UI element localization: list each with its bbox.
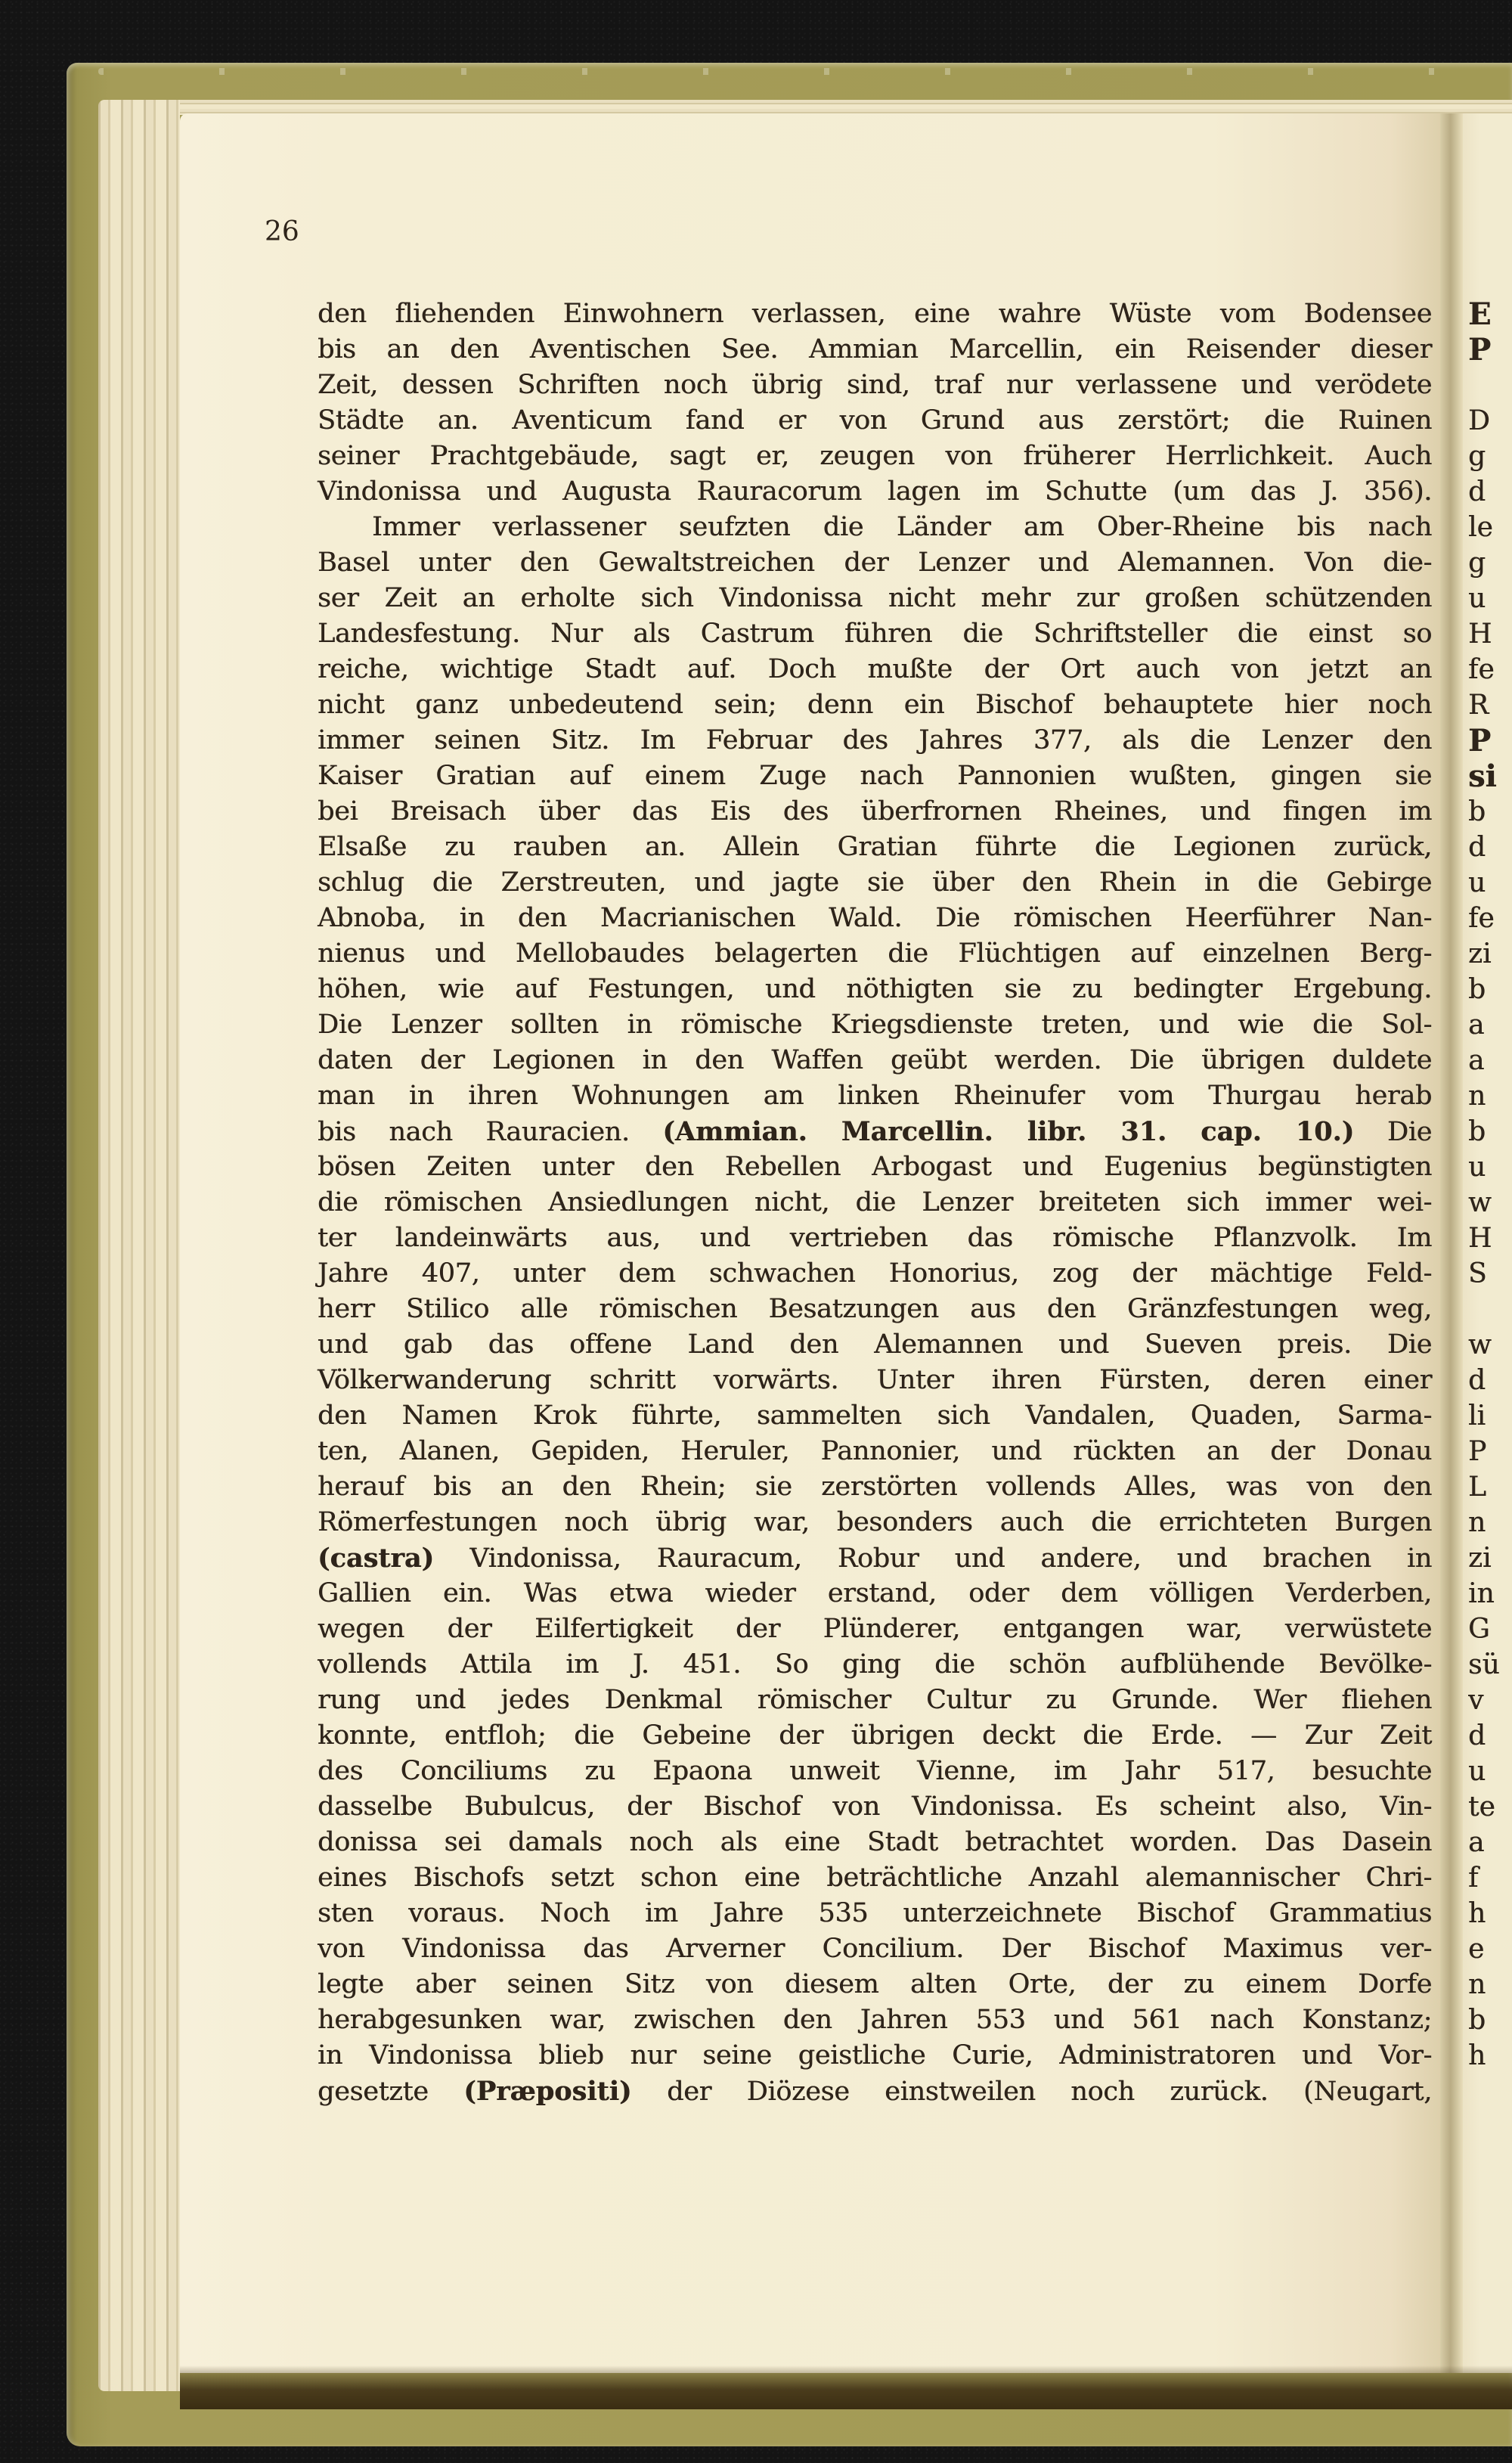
plastic-wrap-glint xyxy=(98,68,1512,75)
fraktur-text: Landesfestung. Nur als Castrum führen di… xyxy=(318,619,1432,649)
text-line: nienus und Mellobaudes belagerten die Fl… xyxy=(318,936,1432,972)
text-line: des Conciliums zu Epaona unweit Vienne, … xyxy=(318,1754,1432,1789)
cutoff-text-fragment: fe xyxy=(1468,652,1512,687)
cutoff-text-fragment: d xyxy=(1468,1718,1512,1754)
fraktur-text: herr Stilico alle römischen Besatzungen … xyxy=(318,1294,1432,1324)
text-line: ter landeinwärts aus, und vertrieben das… xyxy=(318,1221,1432,1256)
text-line: den fliehenden Einwohnern verlassen, ein… xyxy=(318,296,1432,332)
cutoff-text-fragment: in xyxy=(1468,1576,1512,1611)
text-line: die römischen Ansiedlungen nicht, die Le… xyxy=(318,1185,1432,1221)
cutoff-text-fragment: zi xyxy=(1468,1540,1512,1576)
fraktur-text: herauf bis an den Rhein; sie zerstörten … xyxy=(318,1472,1432,1502)
cutoff-text-fragment: P xyxy=(1468,332,1512,368)
fraktur-text: und gab das offene Land den Alemannen un… xyxy=(318,1329,1432,1360)
text-line: höhen, wie auf Festungen, und nöthigten … xyxy=(318,972,1432,1007)
text-line: Landesfestung. Nur als Castrum führen di… xyxy=(318,616,1432,652)
fraktur-text: man in ihren Wohnungen am linken Rheinuf… xyxy=(318,1081,1432,1111)
cutoff-text-fragment: u xyxy=(1468,865,1512,901)
text-line: Elsaße zu rauben an. Allein Gratian führ… xyxy=(318,830,1432,865)
cutoff-text-fragment xyxy=(1468,368,1512,403)
text-line: immer seinen Sitz. Im Februar des Jahres… xyxy=(318,723,1432,758)
fraktur-text: seiner Prachtgebäude, sagt er, zeugen vo… xyxy=(318,441,1432,471)
cutoff-text-fragment: b xyxy=(1468,2002,1512,2038)
text-line: legte aber seinen Sitz von diesem alten … xyxy=(318,1967,1432,2002)
fraktur-text: konnte, entfloh; die Gebeine der übrigen… xyxy=(318,1720,1432,1751)
text-line: und gab das offene Land den Alemannen un… xyxy=(318,1327,1432,1363)
fraktur-text: dasselbe Bubulcus, der Bischof von Vindo… xyxy=(318,1791,1432,1822)
page-stack-top-edge xyxy=(180,100,1512,115)
fraktur-text: Gallien ein. Was etwa wieder erstand, od… xyxy=(318,1578,1432,1608)
fraktur-text: Basel unter den Gewaltstreichen der Lenz… xyxy=(318,548,1432,578)
text-line: ten, Alanen, Gepiden, Heruler, Pannonier… xyxy=(318,1434,1432,1469)
fraktur-text: bösen Zeiten unter den Rebellen Arbogast… xyxy=(318,1152,1432,1182)
fraktur-text: daten der Legionen in den Waffen geübt w… xyxy=(318,1045,1432,1075)
cutoff-text-fragment: fe xyxy=(1468,901,1512,936)
fraktur-text: Vindonissa, Rauracum, Robur und andere, … xyxy=(434,1543,1432,1574)
fraktur-text: Immer verlassener seufzten die Länder am… xyxy=(372,512,1432,542)
fraktur-text: Vindonissa und Augusta Rauracorum lagen … xyxy=(318,476,1432,507)
text-line: Römerfestungen noch übrig war, besonders… xyxy=(318,1505,1432,1540)
fraktur-text: Städte an. Aventicum fand er von Grund a… xyxy=(318,405,1432,436)
cutoff-text-fragment: li xyxy=(1468,1398,1512,1434)
cutoff-text-fragment: P xyxy=(1468,1434,1512,1469)
cutoff-text-fragment: zi xyxy=(1468,936,1512,972)
fraktur-text: Römerfestungen noch übrig war, besonders… xyxy=(318,1507,1432,1537)
fraktur-text: die römischen Ansiedlungen nicht, die Le… xyxy=(318,1187,1432,1218)
text-line: daten der Legionen in den Waffen geübt w… xyxy=(318,1043,1432,1078)
fraktur-text: den Namen Krok führte, sammelten sich Va… xyxy=(318,1401,1432,1431)
cutoff-text-fragment: d xyxy=(1468,1363,1512,1398)
text-block: den fliehenden Einwohnern verlassen, ein… xyxy=(318,296,1432,2109)
text-line: sten voraus. Noch im Jahre 535 unterzeic… xyxy=(318,1896,1432,1931)
cutoff-text-fragment: S xyxy=(1468,1256,1512,1292)
text-line: Völkerwanderung schritt vorwärts. Unter … xyxy=(318,1363,1432,1398)
fraktur-text: sten voraus. Noch im Jahre 535 unterzeic… xyxy=(318,1898,1432,1928)
text-line: eines Bischofs setzt schon eine beträcht… xyxy=(318,1860,1432,1896)
text-line: seiner Prachtgebäude, sagt er, zeugen vo… xyxy=(318,439,1432,474)
text-line: Vindonissa und Augusta Rauracorum lagen … xyxy=(318,474,1432,510)
cutoff-text-fragment: sü xyxy=(1468,1647,1512,1683)
text-line: Kaiser Gratian auf einem Zuge nach Panno… xyxy=(318,758,1432,794)
fraktur-text: immer seinen Sitz. Im Februar des Jahres… xyxy=(318,725,1432,755)
text-line: gesetzte (Præpositi) der Diözese einstwe… xyxy=(318,2074,1432,2109)
text-line: konnte, entfloh; die Gebeine der übrigen… xyxy=(318,1718,1432,1754)
cutoff-text-fragment: b xyxy=(1468,1114,1512,1149)
fraktur-text: eines Bischofs setzt schon eine beträcht… xyxy=(318,1863,1432,1893)
fraktur-text: der Diözese einstweilen noch zurück. (Ne… xyxy=(632,2077,1432,2107)
text-line: man in ihren Wohnungen am linken Rheinuf… xyxy=(318,1078,1432,1114)
cutoff-text-fragment: n xyxy=(1468,1505,1512,1540)
cutoff-text-fragment: f xyxy=(1468,1860,1512,1896)
text-line: herr Stilico alle römischen Besatzungen … xyxy=(318,1292,1432,1327)
text-line: herabgesunken war, zwischen den Jahren 5… xyxy=(318,2002,1432,2038)
cutoff-text-fragment: g xyxy=(1468,545,1512,581)
cutoff-text-fragment: u xyxy=(1468,1754,1512,1789)
cutoff-text-fragment: te xyxy=(1468,1789,1512,1825)
cutoff-text-fragment: L xyxy=(1468,1469,1512,1505)
fraktur-text: legte aber seinen Sitz von diesem alten … xyxy=(318,1969,1432,1999)
cutoff-text-fragment: d xyxy=(1468,474,1512,510)
cutoff-text-fragment: w xyxy=(1468,1327,1512,1363)
cutoff-text-fragment: le xyxy=(1468,510,1512,545)
fraktur-text: vollends Attila im J. 451. So ging die s… xyxy=(318,1649,1432,1680)
scan-background: { "colors": { "background": "#141414", "… xyxy=(0,0,1512,2463)
text-line: herauf bis an den Rhein; sie zerstörten … xyxy=(318,1469,1432,1505)
fraktur-text: ser Zeit an erholte sich Vindonissa nich… xyxy=(318,583,1432,613)
fraktur-text: bis nach Rauracien. xyxy=(318,1117,662,1147)
fraktur-text: von Vindonissa das Arverner Concilium. D… xyxy=(318,1934,1432,1964)
fraktur-text: den fliehenden Einwohnern verlassen, ein… xyxy=(318,299,1432,329)
page-bottom-shadow xyxy=(180,2365,1512,2409)
text-line: den Namen Krok führte, sammelten sich Va… xyxy=(318,1398,1432,1434)
antiqua-bold-text: (castra) xyxy=(318,1543,434,1574)
cutoff-text-fragment: d xyxy=(1468,830,1512,865)
cutoff-text-fragment: si xyxy=(1468,758,1512,794)
text-line: von Vindonissa das Arverner Concilium. D… xyxy=(318,1931,1432,1967)
page-stack-left-edge xyxy=(98,100,180,2391)
cutoff-text-fragment: g xyxy=(1468,439,1512,474)
text-line: (castra) Vindonissa, Rauracum, Robur und… xyxy=(318,1540,1432,1576)
text-line: nicht ganz unbedeutend sein; denn ein Bi… xyxy=(318,687,1432,723)
cutoff-text-fragment: u xyxy=(1468,581,1512,616)
fraktur-text: schlug die Zerstreuten, und jagte sie üb… xyxy=(318,867,1432,898)
fraktur-text: ter landeinwärts aus, und vertrieben das… xyxy=(318,1223,1432,1253)
text-line: donissa sei damals noch als eine Stadt b… xyxy=(318,1825,1432,1860)
page-number: 26 xyxy=(265,216,299,247)
fraktur-text: des Conciliums zu Epaona unweit Vienne, … xyxy=(318,1756,1432,1786)
cutoff-text-fragment: a xyxy=(1468,1043,1512,1078)
fraktur-text: Elsaße zu rauben an. Allein Gratian führ… xyxy=(318,832,1432,862)
cutoff-text-fragment: n xyxy=(1468,1078,1512,1114)
text-line: wegen der Eilfertigkeit der Plünderer, e… xyxy=(318,1611,1432,1647)
text-line: Städte an. Aventicum fand er von Grund a… xyxy=(318,403,1432,439)
fraktur-text: Völkerwanderung schritt vorwärts. Unter … xyxy=(318,1365,1432,1395)
fraktur-text: donissa sei damals noch als eine Stadt b… xyxy=(318,1827,1432,1857)
text-line: vollends Attila im J. 451. So ging die s… xyxy=(318,1647,1432,1683)
fraktur-text: Kaiser Gratian auf einem Zuge nach Panno… xyxy=(318,761,1432,791)
text-line: bösen Zeiten unter den Rebellen Arbogast… xyxy=(318,1149,1432,1185)
text-line: Basel unter den Gewaltstreichen der Lenz… xyxy=(318,545,1432,581)
cutoff-text-fragment: R xyxy=(1468,687,1512,723)
text-line: ser Zeit an erholte sich Vindonissa nich… xyxy=(318,581,1432,616)
cutoff-text-fragment xyxy=(1468,1292,1512,1327)
fraktur-text: bis an den Aventischen See. Ammian Marce… xyxy=(318,334,1432,364)
cutoff-text-fragment: u xyxy=(1468,1149,1512,1185)
fraktur-text: wegen der Eilfertigkeit der Plünderer, e… xyxy=(318,1614,1432,1644)
fraktur-text: Zeit, dessen Schriften noch übrig sind, … xyxy=(318,370,1432,400)
cutoff-text-fragment: h xyxy=(1468,1896,1512,1931)
fraktur-text: Die xyxy=(1354,1117,1432,1147)
text-line: Abnoba, in den Macrianischen Wald. Die r… xyxy=(318,901,1432,936)
cutoff-text-fragment: e xyxy=(1468,1931,1512,1967)
cutoff-text-fragment: P xyxy=(1468,723,1512,758)
fraktur-text: in Vindonissa blieb nur seine geistliche… xyxy=(318,2040,1432,2071)
text-line: Jahre 407, unter dem schwachen Honorius,… xyxy=(318,1256,1432,1292)
fraktur-text: bei Breisach über das Eis des überfrorne… xyxy=(318,796,1432,827)
fraktur-text: herabgesunken war, zwischen den Jahren 5… xyxy=(318,2005,1432,2035)
antiqua-bold-text: (Præpositi) xyxy=(463,2076,631,2107)
fraktur-text: reiche, wichtige Stadt auf. Doch mußte d… xyxy=(318,654,1432,684)
fraktur-text: gesetzte xyxy=(318,2077,463,2107)
cutoff-text-fragment: a xyxy=(1468,1825,1512,1860)
cutoff-text-fragment: v xyxy=(1468,1683,1512,1718)
text-line: reiche, wichtige Stadt auf. Doch mußte d… xyxy=(318,652,1432,687)
cutoff-text-fragment: n xyxy=(1468,1967,1512,2002)
fraktur-text: höhen, wie auf Festungen, und nöthigten … xyxy=(318,974,1432,1004)
text-line: bis an den Aventischen See. Ammian Marce… xyxy=(318,332,1432,368)
cutoff-text-fragment: w xyxy=(1468,1185,1512,1221)
antiqua-bold-text: (Ammian. Marcellin. libr. 31. cap. 10.) xyxy=(662,1116,1354,1147)
cutoff-text-fragment: h xyxy=(1468,2038,1512,2074)
text-line: bei Breisach über das Eis des überfrorne… xyxy=(318,794,1432,830)
cutoff-text-fragment: b xyxy=(1468,972,1512,1007)
text-line: bis nach Rauracien. (Ammian. Marcellin. … xyxy=(318,1114,1432,1149)
cutoff-text-fragment: G xyxy=(1468,1611,1512,1647)
text-line: Immer verlassener seufzten die Länder am… xyxy=(318,510,1432,545)
fraktur-text: Die Lenzer sollten in römische Kriegsdie… xyxy=(318,1010,1432,1040)
cutoff-text-fragment: b xyxy=(1468,794,1512,830)
cutoff-text-fragment: H xyxy=(1468,1221,1512,1256)
right-page-text-fragments: EPDgdleguHfeRPsibdufezibaanbuwHSwdliPLnz… xyxy=(1468,296,1512,2187)
text-line: schlug die Zerstreuten, und jagte sie üb… xyxy=(318,865,1432,901)
fraktur-text: nicht ganz unbedeutend sein; denn ein Bi… xyxy=(318,690,1432,720)
fraktur-text: nienus und Mellobaudes belagerten die Fl… xyxy=(318,938,1432,969)
cutoff-text-fragment: H xyxy=(1468,616,1512,652)
cutoff-text-fragment: E xyxy=(1468,296,1512,332)
text-line: Zeit, dessen Schriften noch übrig sind, … xyxy=(318,368,1432,403)
fraktur-text: Jahre 407, unter dem schwachen Honorius,… xyxy=(318,1258,1432,1289)
text-line: in Vindonissa blieb nur seine geistliche… xyxy=(318,2038,1432,2074)
fraktur-text: Abnoba, in den Macrianischen Wald. Die r… xyxy=(318,903,1432,933)
fraktur-text: rung und jedes Denkmal römischer Cultur … xyxy=(318,1685,1432,1715)
text-line: rung und jedes Denkmal römischer Cultur … xyxy=(318,1683,1432,1718)
text-line: Gallien ein. Was etwa wieder erstand, od… xyxy=(318,1576,1432,1611)
cutoff-text-fragment: a xyxy=(1468,1007,1512,1043)
text-line: dasselbe Bubulcus, der Bischof von Vindo… xyxy=(318,1789,1432,1825)
gutter-fold xyxy=(1440,113,1463,2373)
cutoff-text-fragment: D xyxy=(1468,403,1512,439)
text-line: Die Lenzer sollten in römische Kriegsdie… xyxy=(318,1007,1432,1043)
fraktur-text: ten, Alanen, Gepiden, Heruler, Pannonier… xyxy=(318,1436,1432,1466)
